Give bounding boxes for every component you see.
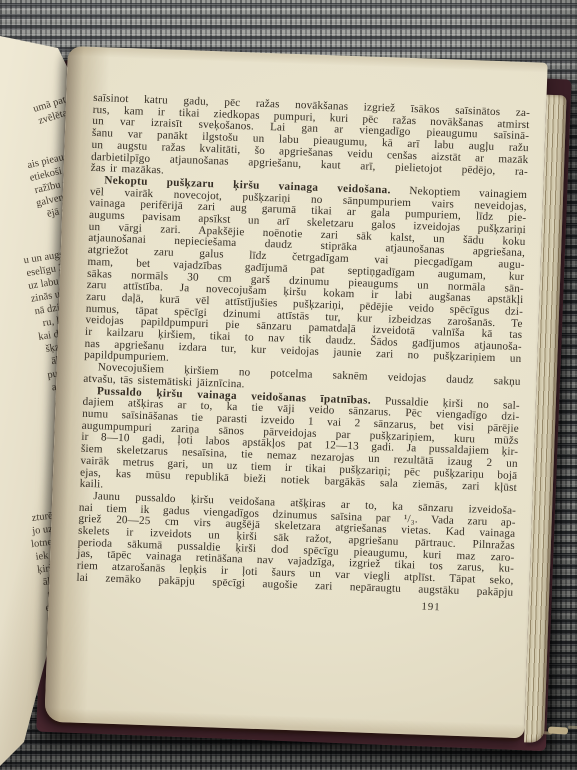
paragraph-jaunu-pussaldo: Jaunu pussaldo ķiršu veidošana atšķiras … [76, 491, 516, 600]
book-photo: umā pat pušķ-zvēlētam sān- ais pieaugums… [0, 0, 577, 770]
book-page: saīsinot katru gadu, pēc ražas novākšana… [44, 46, 547, 738]
page-text-block: saīsinot katru gadu, pēc ražas novākšana… [49, 46, 548, 617]
paragraph-body: vēl vairāk novecojot, pušķzariņi no sānp… [84, 186, 527, 377]
paragraph-pussaldo: Pussaldo ķiršu vainaga veidošanas īpatnī… [79, 385, 519, 506]
paragraph-body: dajiem atšķiras ar to, ka tie vāji veido… [79, 397, 519, 506]
cover-worn-corner [548, 726, 568, 734]
paragraph-nekoptu-puszkaru: Nekoptu pušķzaru ķiršu vainaga veidošana… [84, 175, 527, 377]
